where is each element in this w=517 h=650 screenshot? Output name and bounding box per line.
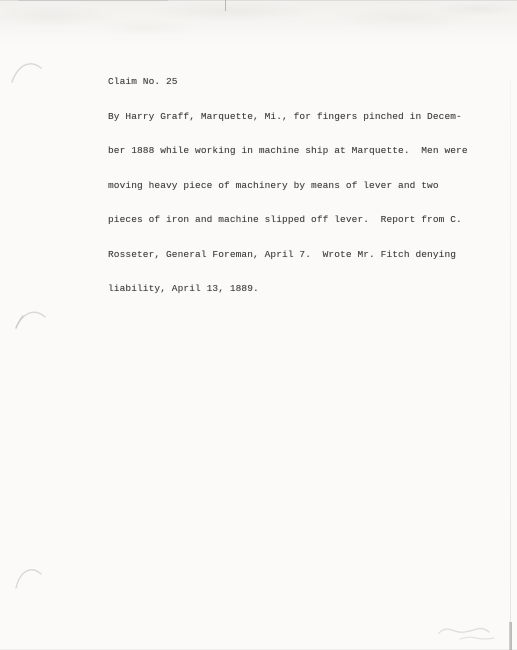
claim-heading: Claim No. 25 bbox=[108, 76, 468, 88]
claim-body-line: Rosseter, General Foreman, April 7. Wrot… bbox=[108, 249, 468, 261]
claim-body-line: moving heavy piece of machinery by means… bbox=[108, 180, 468, 192]
claim-body-line: liability, April 13, 1889. bbox=[108, 283, 468, 295]
scanned-page: Claim No. 25 By Harry Graff, Marquette, … bbox=[0, 0, 517, 650]
claim-body-line: pieces of iron and machine slipped off l… bbox=[108, 214, 468, 226]
binder-hole-mark-bottom bbox=[14, 562, 44, 592]
claim-body-line: By Harry Graff, Marquette, Mi., for fing… bbox=[108, 111, 468, 123]
page-edge-shadow-right bbox=[510, 80, 511, 650]
binder-hole-mark-top bbox=[10, 58, 44, 86]
claim-text-block: Claim No. 25 By Harry Graff, Marquette, … bbox=[108, 53, 468, 318]
scan-noise-band bbox=[0, 0, 517, 46]
claim-body-line: ber 1888 while working in machine ship a… bbox=[108, 145, 468, 157]
scan-tick-mark bbox=[225, 0, 226, 11]
page-edge-dark-corner bbox=[509, 622, 512, 650]
binder-hole-mark-middle bbox=[14, 306, 48, 334]
scan-edge-artifact bbox=[18, 0, 168, 1]
faint-pencil-mark bbox=[436, 624, 506, 644]
